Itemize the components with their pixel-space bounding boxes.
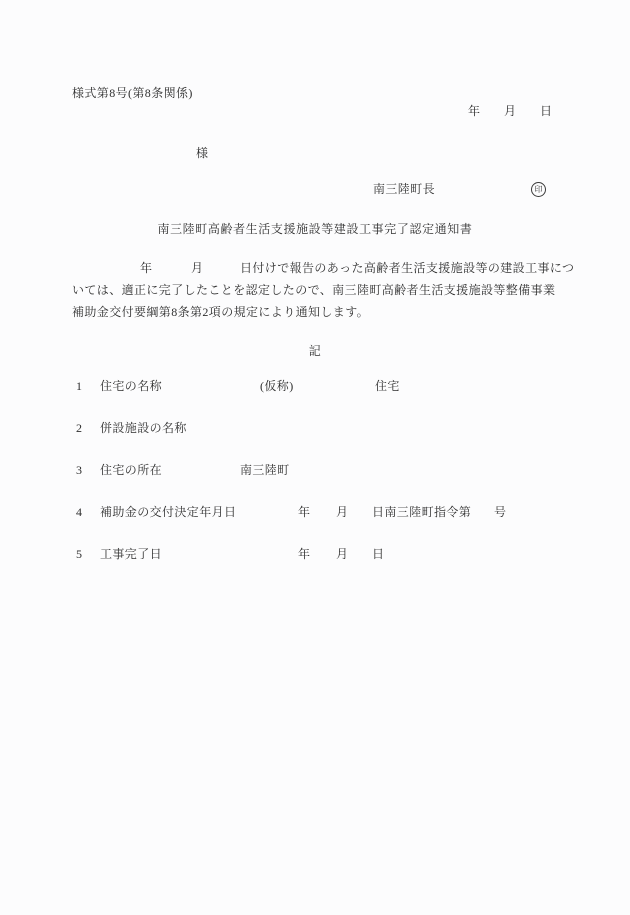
body-line1-rest: 日付けで報告のあった高齢者生活支援施設等の建設工事につ xyxy=(240,261,574,275)
item2-label: 併設施設の名称 xyxy=(100,421,187,435)
item4-month-label: 月 xyxy=(336,505,348,519)
date-year-label: 年 xyxy=(468,104,480,118)
item4-day-directive-label: 日南三陸町指令第 xyxy=(372,505,471,519)
date-month-label: 月 xyxy=(504,104,516,118)
record-marker: 記 xyxy=(0,344,630,358)
item3-value-town: 南三陸町 xyxy=(240,463,290,477)
document-title: 南三陸町高齢者生活支援施設等建設工事完了認定通知書 xyxy=(0,222,630,236)
item5-number: 5 xyxy=(76,547,82,561)
item3-label: 住宅の所在 xyxy=(100,463,162,477)
sender-title: 南三陸町長 xyxy=(373,182,435,196)
form-number: 様式第8号(第8条関係) xyxy=(72,86,193,100)
body-line3: 補助金交付要綱第8条第2項の規定により通知します。 xyxy=(72,305,369,319)
item4-label: 補助金の交付決定年月日 xyxy=(100,505,236,519)
item1-value-jutaku: 住宅 xyxy=(375,379,400,393)
item5-month-label: 月 xyxy=(336,547,348,561)
document-page: 様式第8号(第8条関係) 年 月 日 様 南三陸町長 印 南三陸町高齢者生活支援… xyxy=(0,0,630,915)
body-line1-year: 年 xyxy=(140,261,152,275)
item3-number: 3 xyxy=(76,463,82,477)
seal-icon: 印 xyxy=(531,182,546,197)
addressee-suffix: 様 xyxy=(196,146,208,160)
item1-label: 住宅の名称 xyxy=(100,379,162,393)
date-day-label: 日 xyxy=(540,104,552,118)
item4-number-suffix-label: 号 xyxy=(494,505,506,519)
item1-number: 1 xyxy=(76,379,82,393)
body-line2: いては、適正に完了したことを認定したので、南三陸町高齢者生活支援施設等整備事業 xyxy=(72,283,555,297)
item4-number: 4 xyxy=(76,505,82,519)
seal-label: 印 xyxy=(535,186,543,194)
item4-year-label: 年 xyxy=(298,505,310,519)
item5-day-label: 日 xyxy=(372,547,384,561)
item2-number: 2 xyxy=(76,421,82,435)
item5-label: 工事完了日 xyxy=(100,547,162,561)
body-line1-month: 月 xyxy=(191,261,203,275)
item5-year-label: 年 xyxy=(298,547,310,561)
item1-value-kasho: (仮称) xyxy=(260,379,294,393)
